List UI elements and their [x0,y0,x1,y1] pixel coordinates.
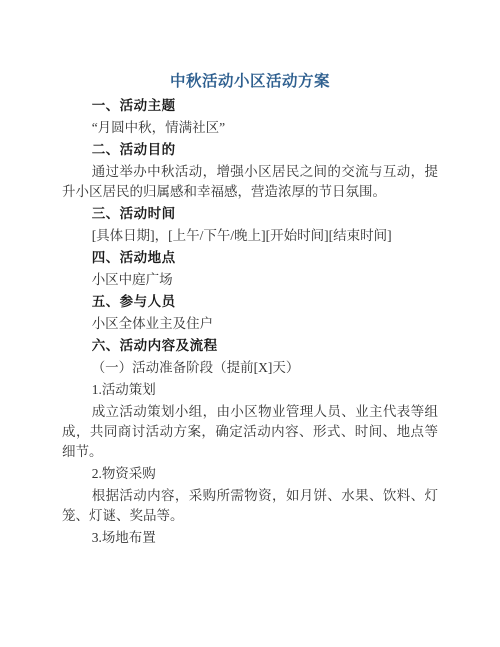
body-paragraph: 通过举办中秋活动，增强小区居民之间的交流与互动，提升小区居民的归属感和幸福感，营… [62,162,438,202]
document-page: 中秋活动小区活动方案 一、活动主题“月圆中秋，情满社区”二、活动目的通过举办中秋… [0,0,500,647]
section-heading: 三、活动时间 [62,204,438,224]
body-paragraph: 小区中庭广场 [62,270,438,290]
body-paragraph: “月圆中秋，情满社区” [62,118,438,138]
section-heading: 六、活动内容及流程 [62,336,438,356]
body-paragraph: 1.活动策划 [62,380,438,400]
section-heading: 一、活动主题 [62,96,438,116]
body-paragraph: 根据活动内容，采购所需物资，如月饼、水果、饮料、灯笼、灯谜、奖品等。 [62,486,438,526]
section-heading: 五、参与人员 [62,292,438,312]
body-paragraph: 成立活动策划小组，由小区物业管理人员、业主代表等组成，共同商讨活动方案，确定活动… [62,402,438,462]
body-paragraph: 2.物资采购 [62,464,438,484]
section-heading: 四、活动地点 [62,248,438,268]
section-heading: 二、活动目的 [62,140,438,160]
document-body: 一、活动主题“月圆中秋，情满社区”二、活动目的通过举办中秋活动，增强小区居民之间… [62,96,438,548]
body-paragraph: （一）活动准备阶段（提前[X]天） [62,358,438,378]
body-paragraph: [具体日期]，[上午/下午/晚上][开始时间][结束时间] [62,226,438,246]
document-title: 中秋活动小区活动方案 [62,70,438,94]
body-paragraph: 小区全体业主及住户 [62,314,438,334]
body-paragraph: 3.场地布置 [62,528,438,548]
